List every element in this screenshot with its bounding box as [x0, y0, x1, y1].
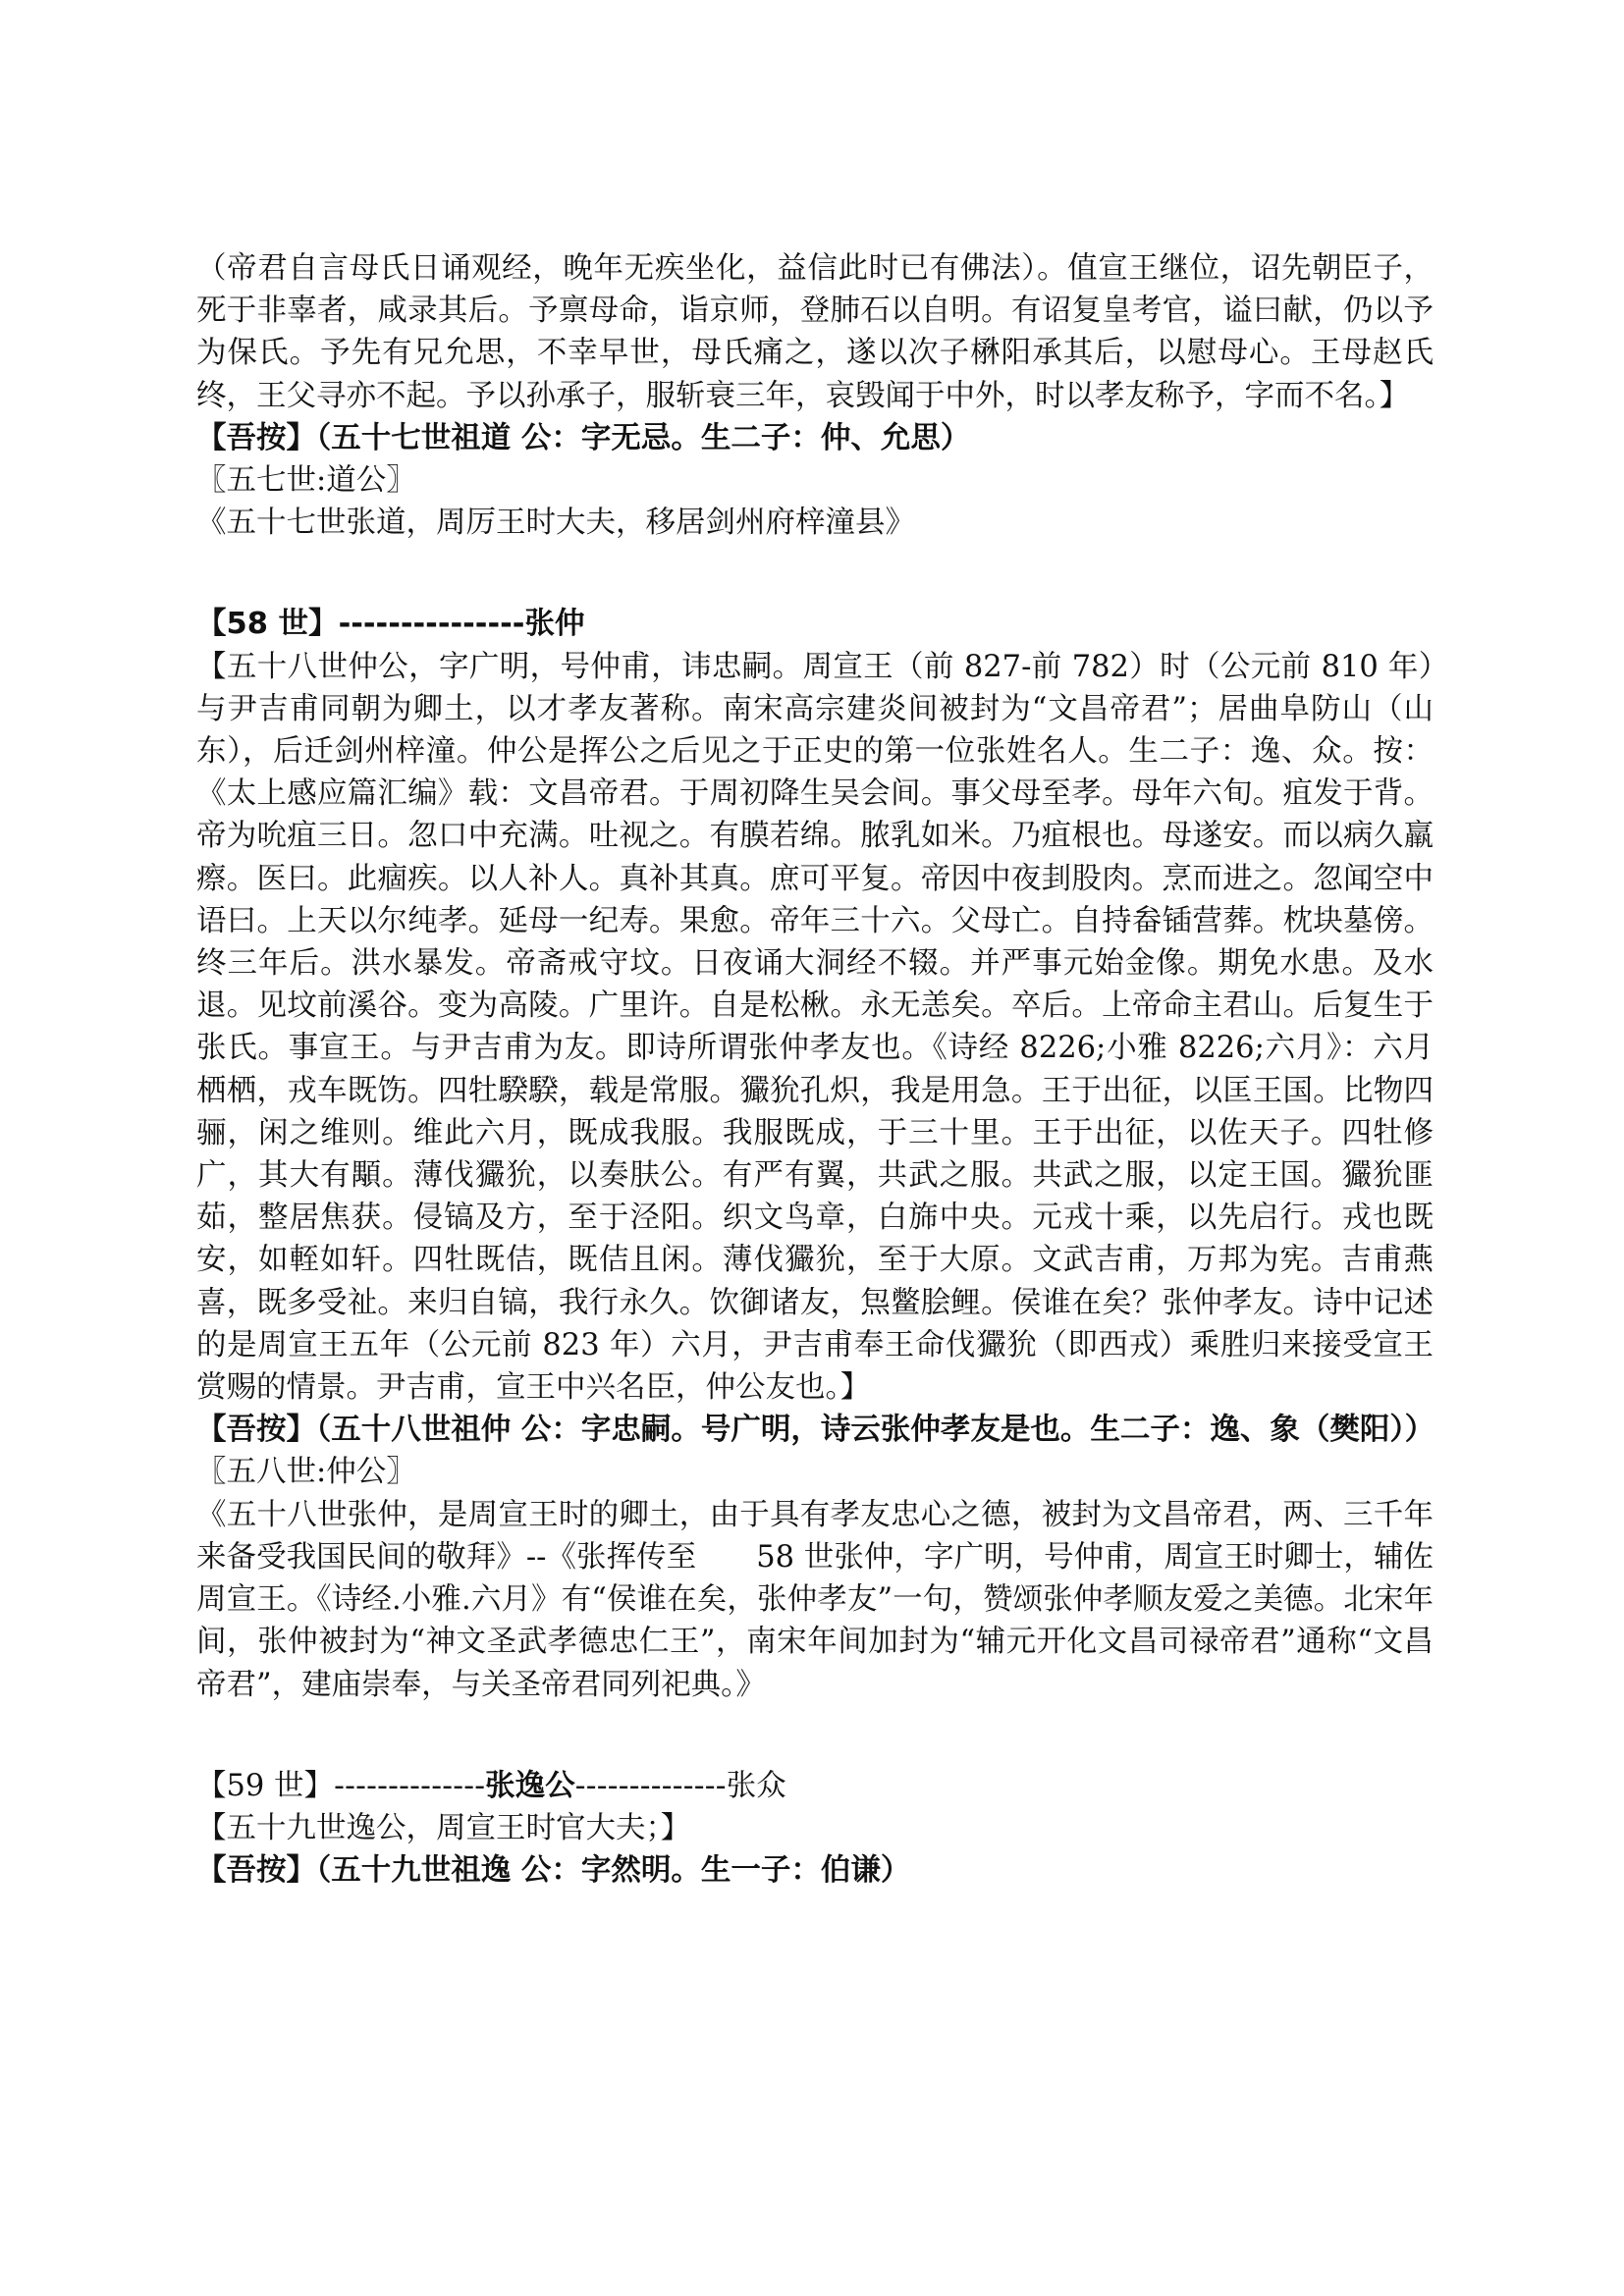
gen57-wuan-note: 【吾按】（五十七世祖道 公：字无忌。生二子：仲、允思）	[196, 417, 1434, 459]
genealogy-page: （帝君自言母氏日诵观经，晚年无疾坐化，益信此时已有佛法）。值宣王继位，诏先朝臣子…	[196, 247, 1434, 1892]
gen57-text-paragraph: （帝君自言母氏日诵观经，晚年无疾坐化，益信此时已有佛法）。值宣王继位，诏先朝臣子…	[196, 247, 1434, 417]
gen58-bracket-note: 〖五八世:仲公〗	[196, 1451, 1434, 1493]
gen57-quote: 《五十七世张道，周厉王时大夫，移居剑州府梓潼县》	[196, 502, 1434, 544]
gen57-bracket-note: 〖五七世:道公〗	[196, 459, 1434, 502]
gen59-heading: 【59 世】--------------张逸公--------------张众	[196, 1765, 1434, 1807]
spacer	[196, 1706, 1434, 1765]
gen58-heading-name: 张仲	[524, 607, 584, 641]
gen58-heading: 【58 世】---------------张仲	[196, 603, 1434, 645]
gen58-text-paragraph: 【五十八世仲公，字广明，号仲甫，讳忠嗣。周宣王（前 827-前 782）时（公元…	[196, 646, 1434, 1410]
gen59-heading-sibling: 张众	[727, 1769, 786, 1803]
gen59-heading-dashes-1: --------------	[334, 1769, 485, 1803]
gen58-heading-label: 【58 世】	[196, 607, 339, 641]
gen59-text-paragraph: 【五十九世逸公，周宣王时官大夫；】	[196, 1807, 1434, 1849]
gen58-wuan-note: 【吾按】（五十八世祖仲 公：字忠嗣。号广明，诗云张仲孝友是也。生二子：逸、象（樊…	[196, 1409, 1434, 1451]
gen59-wuan-note: 【吾按】（五十九世祖逸 公：字然明。生一子：伯谦）	[196, 1849, 1434, 1892]
gen59-heading-label: 【59 世】	[196, 1769, 334, 1803]
gen59-heading-name: 张逸公	[485, 1769, 575, 1803]
gen58-quote: 《五十八世张仲，是周宣王时的卿土，由于具有孝友忠心之德，被封为文昌帝君，两、三千…	[196, 1494, 1434, 1706]
spacer	[196, 544, 1434, 603]
gen59-heading-dashes-2: --------------	[575, 1769, 727, 1803]
gen58-heading-dashes: ---------------	[339, 607, 525, 641]
